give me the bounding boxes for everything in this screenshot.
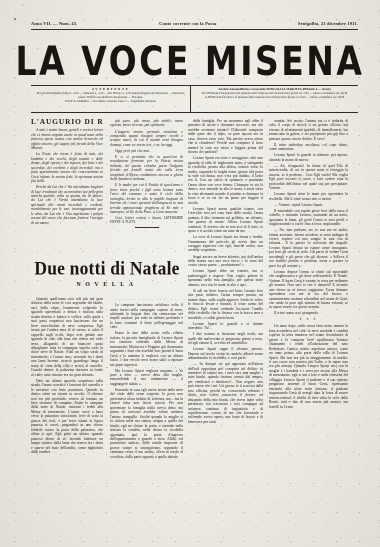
novella-column-4-text-part1: uomini. Sei uscito; l'anima tua si è ind… xyxy=(269,119,348,316)
augurio-column-2: più puro, più vasto, più nobile, meno eg… xyxy=(110,119,183,258)
novella-column-4: uomini. Sei uscito; l'anima tua si è ind… xyxy=(269,119,348,521)
postal-notice: Conto corrente con la Posta xyxy=(159,21,216,26)
novella-column-4-text-part2: Un anno dopo, nella stessa lieta notte, … xyxy=(269,324,348,409)
bus-service-notice: Servizio Automobilistico Consorziale SEN… xyxy=(191,86,358,112)
augurio-column-1-text: A tutti i nostri buoni, gentili e cortes… xyxy=(31,128,103,225)
end-flourish-rule xyxy=(135,227,159,228)
notices-band: AVVERTENZE Per gli abbonamenti (Anno L. … xyxy=(31,85,358,113)
novella-column-2-text: . . . . . . . . . . . . . . . . .Le camp… xyxy=(110,297,183,459)
subscription-notice: AVVERTENZE Per gli abbonamenti (Anno L. … xyxy=(31,86,191,112)
masthead-title: LA VOCE MISENA xyxy=(0,37,380,85)
augurio-article-title: L'AUGURIO DI RITO xyxy=(31,120,103,124)
augurio-column-1: L'AUGURIO DI RITO A tutti i nostri buoni… xyxy=(31,119,103,258)
section-separator: * * * xyxy=(269,318,348,322)
dateline: Senigallia, 23 dicembre 1911. xyxy=(298,21,358,26)
issue-number: Anno VII. — Num. 43. xyxy=(31,21,78,26)
scan-speckle xyxy=(14,18,16,20)
novella-column-3-text: della famiglia. Per un momento egli ebbe… xyxy=(188,119,263,424)
augurio-column-2-text: più puro, più vasto, più nobile, meno eg… xyxy=(110,119,183,225)
info-bar: Anno VII. — Num. 43. Conto corrente con … xyxy=(31,21,358,30)
novella-column-2: . . . . . . . . . . . . . . . . .Le camp… xyxy=(110,297,183,521)
bus-service-line-arrival: A SENIGALLIA (arrivo al piazzale della S… xyxy=(194,96,355,100)
novella-column-3: della famiglia. Per un momento egli ebbe… xyxy=(188,119,263,521)
publication-schedule-line: ESCE IL SABATO — Un numero separato Cent… xyxy=(34,100,187,104)
novella-headline-block: Due notti di Natale NOVELLA xyxy=(31,257,183,288)
novella-column-1-text: Quando quell'uomo non udì più nel gran s… xyxy=(31,297,103,454)
newspaper-front-page: Anno VII. — Num. 43. Conto corrente con … xyxy=(0,0,380,547)
novella-column-1: Quando quell'uomo non udì più nel gran s… xyxy=(31,297,103,521)
novella-title: Due notti di Natale xyxy=(31,257,183,280)
novella-subtitle: NOVELLA xyxy=(31,282,183,288)
